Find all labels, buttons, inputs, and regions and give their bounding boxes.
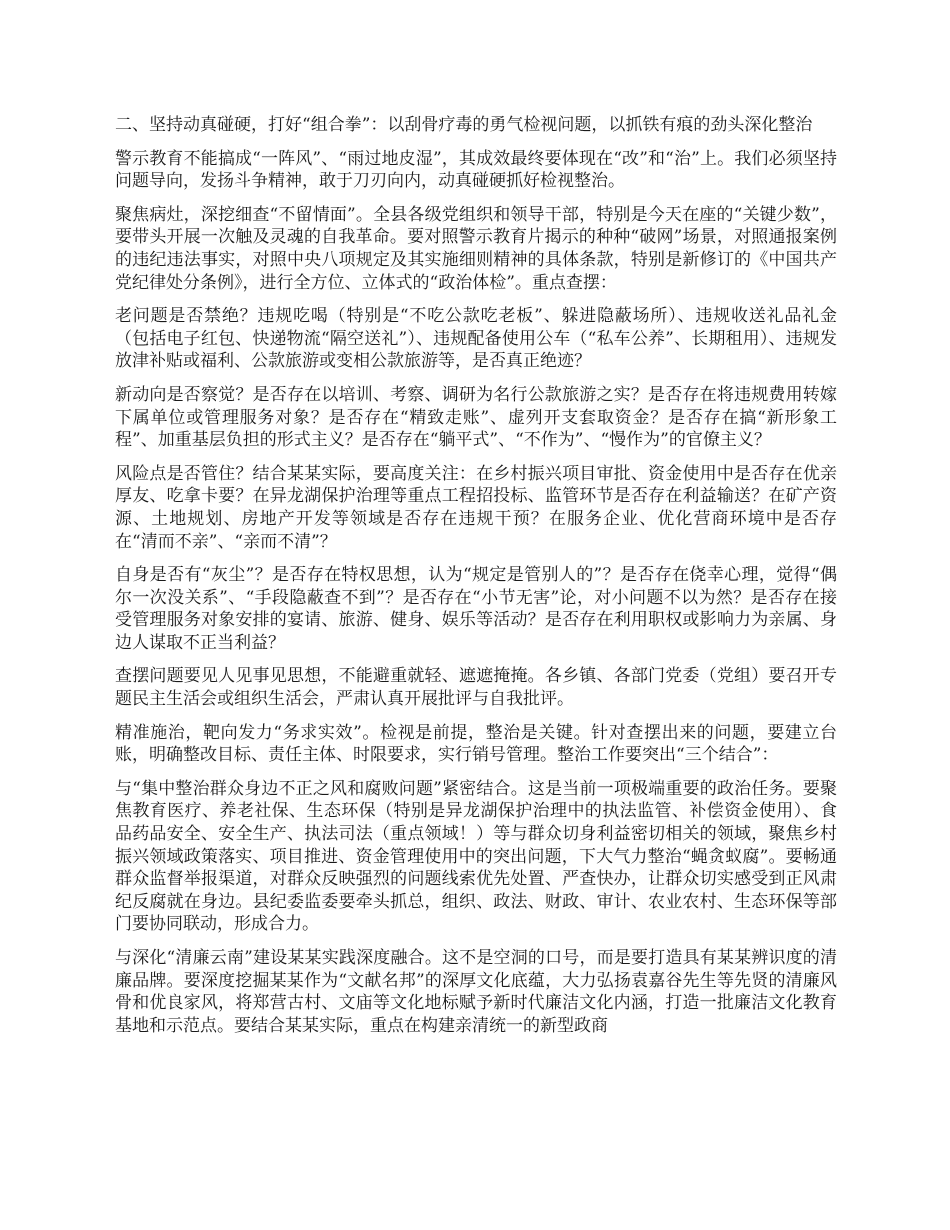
- paragraph-new-trends: 新动向是否察觉？是否存在以培训、考察、调研为名行公款旅游之实？是否存在将违规费用…: [115, 384, 837, 452]
- paragraph-self-check: 自身是否有“灰尘”？是否存在特权思想，认为“规定是管别人的”？是否存在侥幸心理，…: [115, 564, 837, 654]
- paragraph-clean-yunnan: 与深化“清廉云南”建设某某实践深度融合。这不是空洞的口号，而是要打造具有某某辨识…: [115, 947, 837, 1037]
- paragraph-precise-treatment: 精准施治，靶向发力“务求实效”。检视是前提，整治是关键。针对查摆出来的问题，要建…: [115, 722, 837, 767]
- paragraph-review-meetings: 查摆问题要见人见事见思想，不能避重就轻、遮遮掩掩。各乡镇、各部门党委（党组）要召…: [115, 665, 837, 710]
- paragraph-warning-education: 警示教育不能搞成“一阵风”、“雨过地皮湿”，其成效最终要体现在“改”和“治”上。…: [115, 148, 837, 193]
- paragraph-focus-issues: 聚焦病灶，深挖细查“不留情面”。全县各级党组织和领导干部，特别是今天在座的“关键…: [115, 204, 837, 294]
- section-heading: 二、坚持动真碰硬，打好“组合拳”：以刮骨疗毒的勇气检视问题，以抓铁有痕的劲头深化…: [115, 114, 837, 137]
- document-page: 二、坚持动真碰硬，打好“组合拳”：以刮骨疗毒的勇气检视问题，以抓铁有痕的劲头深化…: [115, 114, 837, 1048]
- paragraph-combine-rectification: 与“集中整治群众身边不正之风和腐败问题”紧密结合。这是当前一项极端重要的政治任务…: [115, 778, 837, 936]
- paragraph-risk-points: 风险点是否管住？结合某某实际，要高度关注：在乡村振兴项目审批、资金使用中是否存在…: [115, 463, 837, 553]
- paragraph-old-problems: 老问题是否禁绝？违规吃喝（特别是“不吃公款吃老板”、躲进隐蔽场所）、违规收送礼品…: [115, 305, 837, 373]
